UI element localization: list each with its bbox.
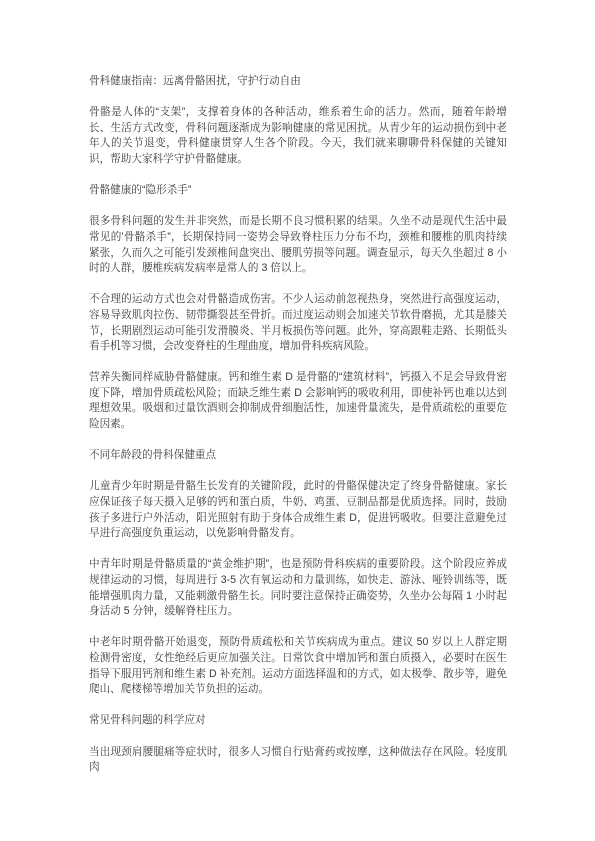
paragraph-sedentary-risks: 很多骨科问题的发生并非突然，而是长期不良习惯积累的结果。久坐不动是现代生活中最常…	[89, 214, 507, 276]
paragraph-middle-aged-elderly: 中老年时期骨骼开始退变，预防骨质疏松和关节疾病成为重点。建议 50 岁以上人群定…	[89, 635, 507, 697]
paragraph-pain-response: 当出现颈肩腰腿痛等症状时，很多人习惯自行贴膏药或按摩，这种做法存在风险。轻度肌肉	[89, 745, 507, 776]
paragraph-young-middle-adults: 中青年时期是骨骼质量的“黄金维护期”，也是预防骨科疾病的重要阶段。这个阶段应养成…	[89, 557, 507, 619]
paragraph-nutrition-imbalance: 营养失衡同样威胁骨骼健康。钙和维生素 D 是骨骼的“建筑材料”，钙摄入不足会导致…	[89, 370, 507, 432]
section-heading-age-groups: 不同年龄段的骨科保健重点	[89, 448, 507, 464]
paragraph-children-teens: 儿童青少年时期是骨骼生长发育的关键阶段，此时的骨骼保健决定了终身骨骼健康。家长应…	[89, 479, 507, 541]
paragraph-intro: 骨骼是人体的“支架”，支撑着身体的各种活动，维系着生命的活力。然而，随着年龄增长…	[89, 105, 507, 167]
document-page: 骨科健康指南：远离骨骼困扰，守护行动自由 骨骼是人体的“支架”，支撑着身体的各种…	[0, 0, 595, 841]
section-heading-common-problems: 常见骨科问题的科学应对	[89, 713, 507, 729]
section-heading-hidden-killers: 骨骼健康的“隐形杀手”	[89, 183, 507, 199]
document-title: 骨科健康指南：远离骨骼困扰，守护行动自由	[89, 74, 507, 90]
paragraph-exercise-injury: 不合理的运动方式也会对骨骼造成伤害。不少人运动前忽视热身，突然进行高强度运动，容…	[89, 292, 507, 354]
